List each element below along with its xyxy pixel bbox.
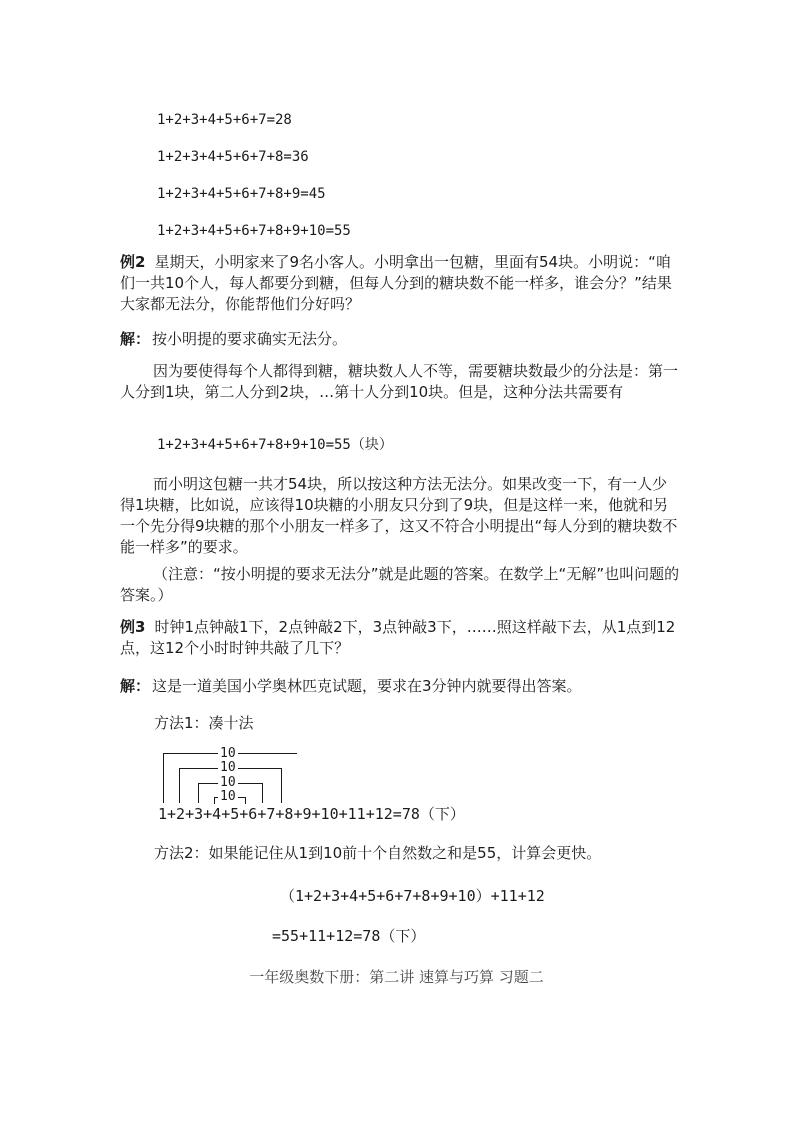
example3-method2-title: 方法2：如果能记住从1到10前十个自然数之和是55，计算会更快。 [154,843,716,864]
example3-solution-text: 这是一道美国小学奥林匹克试题，要求在3分钟内就要得出答案。 [152,677,582,695]
example2-label: 例2 [120,253,145,271]
bracket-sum-label-2: 10 [218,761,238,775]
make-ten-diagram: 10 10 10 10 1+2+3+4+5+6+7+8+9+10+11+12=7… [158,746,478,826]
example3-label: 例3 [120,618,145,636]
intro-equation-4: 1+2+3+4+5+6+7+8+9+10=55 [157,223,351,239]
page-footer-title: 一年级奥数下册：第二讲 速算与巧算 习题二 [0,966,793,987]
example3-problem: 例3时钟1点钟敲1下，2点钟敲2下，3点钟敲3下，……照这样敲下去，从1点到12… [120,617,682,659]
document-page: 1+2+3+4+5+6+7=28 1+2+3+4+5+6+7+8=36 1+2+… [0,0,793,1122]
diagram-equation: 1+2+3+4+5+6+7+8+9+10+11+12=78（下） [158,803,465,824]
example2-problem: 例2星期天，小明家来了9名小客人。小明拿出一包糖，里面有54块。小明说：“咱们一… [120,252,682,315]
intro-equation-3: 1+2+3+4+5+6+7+8+9=45 [157,186,326,202]
example2-solution-equation: 1+2+3+4+5+6+7+8+9+10=55（块） [157,434,393,454]
bracket-sum-label-3: 10 [218,776,238,790]
example3-method1-title: 方法1：凑十法 [154,713,716,734]
example2-solution-text: 按小明提的要求确实无法分。 [152,330,347,348]
example3-solution-line: 解：这是一道美国小学奥林匹克试题，要求在3分钟内就要得出答案。 [120,676,682,697]
example2-solution-line: 解：按小明提的要求确实无法分。 [120,329,682,350]
example3-equation-1: （1+2+3+4+5+6+7+8+9+10）+11+12 [280,885,545,906]
example3-equation-2: =55+11+12=78（下） [272,925,425,946]
bracket-sum-label-4: 10 [218,790,238,804]
example3-text: 时钟1点钟敲1下，2点钟敲2下，3点钟敲3下，……照这样敲下去，从1点到12点，… [120,618,675,657]
intro-equation-2: 1+2+3+4+5+6+7+8=36 [157,149,309,165]
example2-solution-paragraph-2: 而小明这包糖一共才54块，所以按这种方法无法分。如果改变一下，有一人少得1块糖，… [120,474,682,558]
example2-solution-note: （注意：“按小明提的要求无法分”就是此题的答案。在数学上“无解”也叫问题的答案。… [120,564,682,606]
bracket-sum-label-1: 10 [218,747,238,761]
intro-equation-1: 1+2+3+4+5+6+7=28 [157,112,292,128]
example2-solution-label: 解： [120,330,150,348]
example2-text: 星期天，小明家来了9名小客人。小明拿出一包糖，里面有54块。小明说：“咱们一共1… [120,253,672,313]
example2-solution-paragraph-1: 因为要使得每个人都得到糖，糖块数人人不等，需要糖块数最少的分法是：第一人分到1块… [120,361,682,403]
example3-solution-label: 解： [120,677,150,695]
